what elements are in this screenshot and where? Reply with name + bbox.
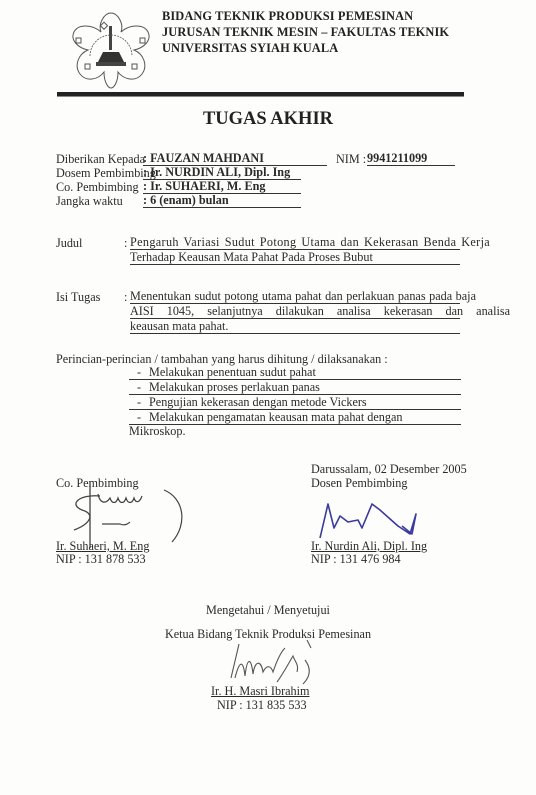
- isi-tugas-label: Isi Tugas: [56, 290, 100, 305]
- duration-label: Jangka waktu: [56, 194, 123, 209]
- judul-label: Judul: [56, 236, 82, 251]
- supervisor-value: : Ir. NURDIN ALI, Dipl. Ing: [143, 166, 301, 180]
- perincian-item: -Melakukan penentuan sudut pahat: [129, 365, 461, 380]
- co-supervisor-value: : Ir. SUHAERI, M. Eng: [143, 180, 301, 194]
- university-emblem-icon: [58, 10, 164, 88]
- co-supervisor-label: Co. Pembimbing: [56, 180, 139, 195]
- header-line-2: JURUSAN TEKNIK MESIN – FAKULTAS TEKNIK: [162, 25, 449, 40]
- supervisor-label: Dosem Pembimbing: [56, 166, 156, 181]
- isi-tugas-colon: :: [124, 290, 127, 305]
- co-supervisor-nip: NIP : 131 878 533: [56, 552, 146, 566]
- approval-nip: NIP : 131 835 533: [217, 698, 307, 712]
- co-supervisor-name: Ir. Suhaeri, M. Eng: [56, 539, 149, 553]
- duration-value: : 6 (enam) bulan: [143, 194, 301, 208]
- supervisor-name: Ir. Nurdin Ali, Dipl. Ing: [311, 539, 427, 553]
- approval-heading: Mengetahui / Menyetujui: [0, 603, 536, 617]
- header-divider: [57, 92, 464, 97]
- supervisor-nip: NIP : 131 476 984: [311, 552, 401, 566]
- document-title: TUGAS AKHIR: [0, 109, 536, 130]
- recipient-label: Diberikan Kepada: [56, 152, 145, 167]
- header-line-1: BIDANG TEKNIK PRODUKSI PEMESINAN: [162, 9, 413, 24]
- judul-text: Pengaruh Variasi Sudut Potong Utama dan …: [130, 235, 460, 265]
- judul-colon: :: [124, 236, 127, 251]
- perincian-item: -Pengujian kekerasan dengan metode Vicke…: [129, 395, 461, 410]
- nim-label: NIM :: [336, 152, 366, 167]
- nim-value: 9941211099: [367, 152, 455, 166]
- approval-name: Ir. H. Masri Ibrahim: [211, 684, 310, 698]
- isi-tugas-text: Menentukan sudut potong utama pahat dan …: [130, 289, 460, 334]
- header-line-3: UNIVERSITAS SYIAH KUALA: [162, 41, 338, 56]
- perincian-item: -Melakukan pengamatan keausan mata pahat…: [129, 410, 461, 425]
- supervisor-role: Dosen Pembimbing: [311, 476, 407, 490]
- place-date: Darussalam, 02 Desember 2005: [311, 462, 467, 476]
- perincian-item: -Melakukan proses perlakuan panas: [129, 380, 461, 395]
- recipient-value: : FAUZAN MAHDANI: [143, 152, 327, 166]
